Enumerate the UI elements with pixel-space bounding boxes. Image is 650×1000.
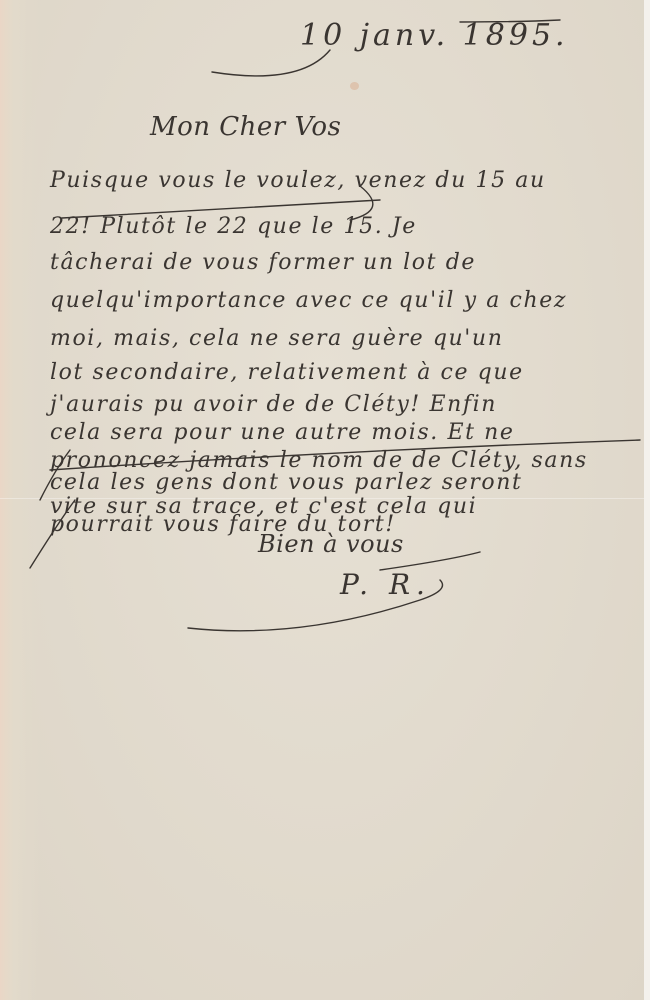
body-line: tâcherai de vous former un lot de — [50, 250, 476, 275]
letter-signature: P. R. — [340, 568, 431, 601]
body-line: moi, mais, cela ne sera guère qu'un — [50, 326, 503, 351]
body-line: 22! Plutôt le 22 que le 15. Je — [50, 214, 417, 239]
letter-closing: Bien à vous — [258, 530, 404, 558]
body-line: cela sera pour une autre mois. Et ne — [50, 420, 515, 445]
body-line: Puisque vous le voulez, venez du 15 au — [50, 168, 546, 193]
letter-salutation: Mon Cher Vos — [150, 112, 341, 142]
body-line: quelqu'importance avec ce qu'il y a chez — [50, 288, 567, 313]
letter-date: 10 janv. 1895. — [300, 18, 569, 53]
body-line: cela les gens dont vous parlez seront — [50, 470, 522, 495]
body-line: j'aurais pu avoir de de Cléty! Enfin — [50, 392, 497, 417]
letter-paper: 10 janv. 1895. Mon Cher Vos Puisque vous… — [0, 0, 644, 1000]
body-line: lot secondaire, relativement à ce que — [50, 360, 524, 385]
